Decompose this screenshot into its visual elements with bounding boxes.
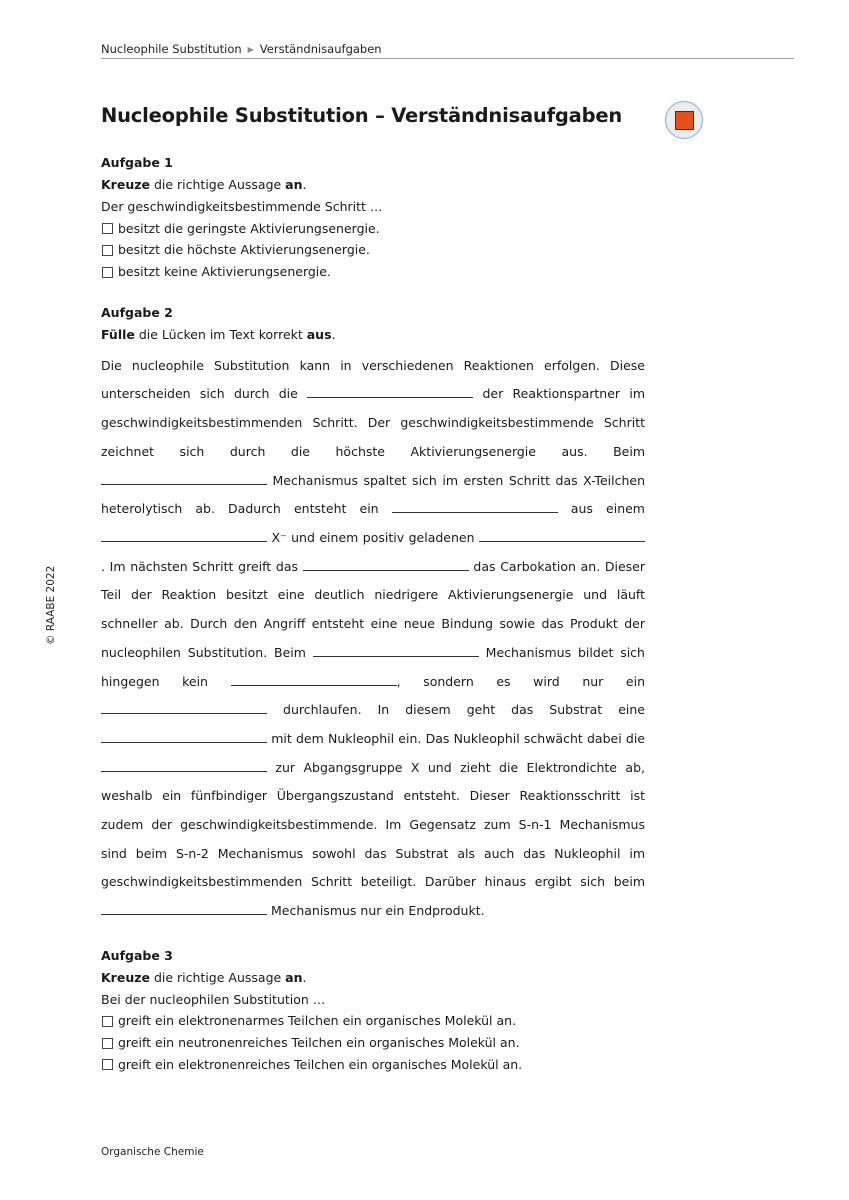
- blank-field[interactable]: [101, 759, 267, 772]
- cloze-text: Die nucleophile Substitution kann in ver…: [101, 352, 645, 926]
- task-instruction: Fülle die Lücken im Text korrekt aus.: [101, 324, 645, 346]
- answer-option[interactable]: besitzt die geringste Aktivierungsenergi…: [101, 218, 645, 240]
- blank-field[interactable]: [303, 558, 469, 571]
- task-instruction: Kreuze die richtige Aussage an.: [101, 174, 645, 196]
- answer-option[interactable]: greift ein elektronenreiches Teilchen ei…: [101, 1054, 645, 1076]
- footer-subject: Organische Chemie: [101, 1146, 204, 1158]
- checkbox-icon[interactable]: [102, 1016, 113, 1027]
- blank-field[interactable]: [307, 385, 473, 398]
- task-heading: Aufgabe 3: [101, 945, 645, 967]
- blank-field[interactable]: [313, 644, 479, 657]
- blank-field[interactable]: [101, 701, 267, 714]
- blank-field[interactable]: [101, 902, 267, 915]
- breadcrumb: Nucleophile Substitution▶Verständnisaufg…: [101, 42, 794, 59]
- answer-option[interactable]: greift ein elektronenarmes Teilchen ein …: [101, 1010, 645, 1032]
- task-heading: Aufgabe 1: [101, 152, 645, 174]
- copyright-notice: © RAABE 2022: [45, 566, 57, 645]
- answer-option[interactable]: besitzt keine Aktivierungsenergie.: [101, 261, 645, 283]
- answer-option[interactable]: greift ein neutronenreiches Teilchen ein…: [101, 1032, 645, 1054]
- blank-field[interactable]: [231, 673, 397, 686]
- worksheet-content: Aufgabe 1 Kreuze die richtige Aussage an…: [101, 152, 645, 1095]
- checkbox-icon[interactable]: [102, 245, 113, 256]
- blank-field[interactable]: [479, 529, 645, 542]
- task-3: Aufgabe 3 Kreuze die richtige Aussage an…: [101, 945, 645, 1076]
- blank-field[interactable]: [101, 472, 267, 485]
- checkbox-icon[interactable]: [102, 1038, 113, 1049]
- blank-field[interactable]: [392, 500, 558, 513]
- task-stem: Der geschwindigkeitsbestimmende Schritt …: [101, 196, 645, 218]
- blank-field[interactable]: [101, 730, 267, 743]
- task-stem: Bei der nucleophilen Substitution …: [101, 989, 645, 1011]
- answer-option[interactable]: besitzt die höchste Aktivierungsenergie.: [101, 239, 645, 261]
- triangle-right-icon: ▶: [248, 45, 254, 54]
- task-instruction: Kreuze die richtige Aussage an.: [101, 967, 645, 989]
- checkbox-icon[interactable]: [102, 223, 113, 234]
- task-1: Aufgabe 1 Kreuze die richtige Aussage an…: [101, 152, 645, 283]
- checkbox-icon[interactable]: [102, 267, 113, 278]
- page-title: Nucleophile Substitution – Verständnisau…: [101, 104, 622, 127]
- task-heading: Aufgabe 2: [101, 302, 645, 324]
- square-icon: [675, 111, 694, 130]
- task-2: Aufgabe 2 Fülle die Lücken im Text korre…: [101, 302, 645, 926]
- breadcrumb-item-section: Verständnisaufgaben: [260, 42, 382, 56]
- difficulty-level-icon: [665, 101, 703, 139]
- checkbox-icon[interactable]: [102, 1059, 113, 1070]
- breadcrumb-item-topic: Nucleophile Substitution: [101, 42, 242, 56]
- blank-field[interactable]: [101, 529, 267, 542]
